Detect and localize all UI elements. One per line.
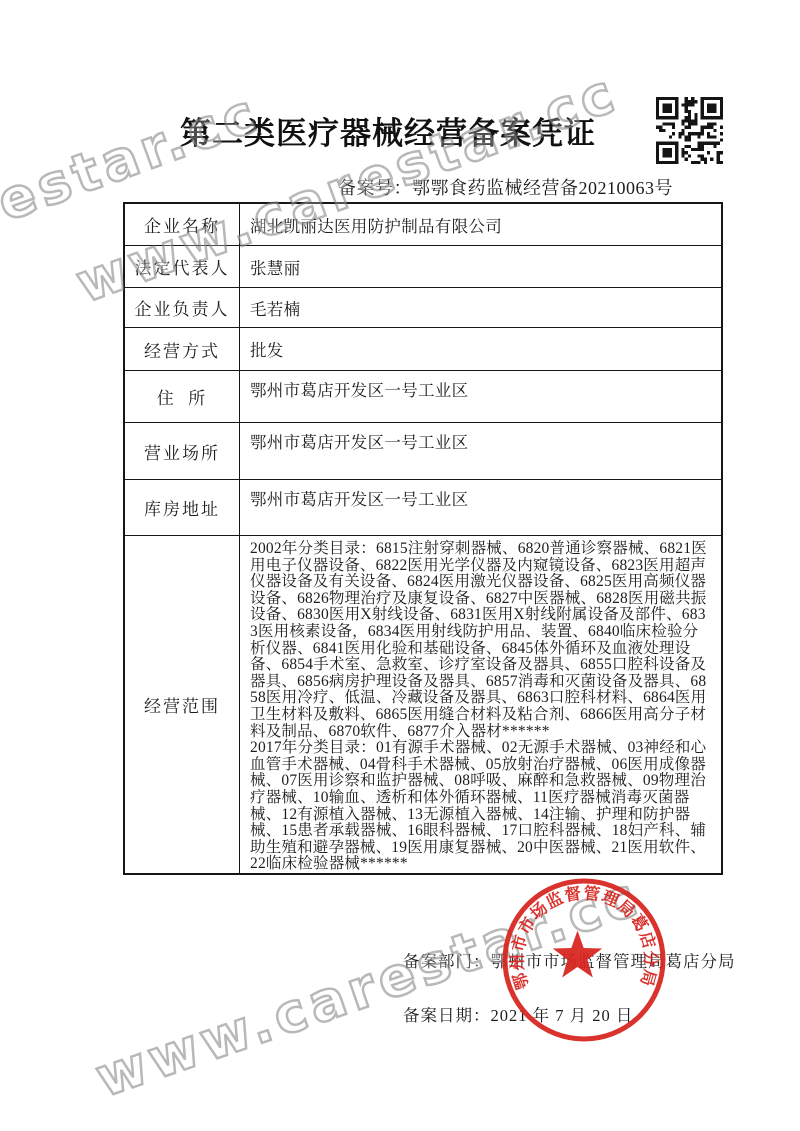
record-department-label: 备案部门： bbox=[403, 952, 491, 971]
record-number-label: 备案号： bbox=[338, 178, 412, 198]
watermark-text: www.carestar.cc bbox=[88, 864, 649, 1110]
record-number-value: 鄂鄂食药监械经营备20210063号 bbox=[412, 178, 673, 198]
certificate-table: 企业名称 湖北凯丽达医用防护制品有限公司 法定代表人 张慧丽 企业负责人 毛若楠… bbox=[123, 202, 723, 875]
row-label: 法定代表人 bbox=[125, 246, 240, 287]
table-row-legal-representative: 法定代表人 张慧丽 bbox=[125, 245, 721, 287]
row-label: 经营方式 bbox=[125, 328, 240, 370]
row-value: 湖北凯丽达医用防护制品有限公司 bbox=[240, 204, 721, 245]
table-row-residence: 住 所 鄂州市葛店开发区一号工业区 bbox=[125, 370, 721, 422]
table-row-business-mode: 经营方式 批发 bbox=[125, 327, 721, 370]
table-row-warehouse-address: 库房地址 鄂州市葛店开发区一号工业区 bbox=[125, 479, 721, 535]
record-department-line: 备案部门：鄂州市市场监督管理局葛店分局 bbox=[403, 948, 736, 972]
row-value: 张慧丽 bbox=[240, 246, 721, 287]
qr-code-icon bbox=[656, 97, 723, 164]
row-label: 住 所 bbox=[125, 371, 240, 422]
row-label: 企业名称 bbox=[125, 204, 240, 245]
row-label: 营业场所 bbox=[125, 423, 240, 479]
table-row-business-scope: 经营范围 2002年分类目录：6815注射穿刺器械、6820普通诊察器械、682… bbox=[125, 535, 721, 873]
row-label: 库房地址 bbox=[125, 480, 240, 535]
row-value: 鄂州市葛店开发区一号工业区 bbox=[240, 480, 721, 535]
record-date-value: 2021 年 7 月 20 日 bbox=[491, 1006, 634, 1025]
table-row-company-name: 企业名称 湖北凯丽达医用防护制品有限公司 bbox=[125, 204, 721, 245]
scope-catalog-2017: 2017年分类目录：01有源手术器械、02无源手术器械、03神经和心血管手术器械… bbox=[250, 740, 713, 873]
record-number-line: 备案号：鄂鄂食药监械经营备20210063号 bbox=[338, 174, 673, 200]
record-date-label: 备案日期： bbox=[403, 1006, 491, 1025]
record-date-line: 备案日期：2021 年 7 月 20 日 bbox=[403, 1002, 633, 1026]
table-row-business-premises: 营业场所 鄂州市葛店开发区一号工业区 bbox=[125, 422, 721, 479]
row-value: 批发 bbox=[240, 328, 721, 370]
row-value: 鄂州市葛店开发区一号工业区 bbox=[240, 371, 721, 422]
row-value: 鄂州市葛店开发区一号工业区 bbox=[240, 423, 721, 479]
row-label: 企业负责人 bbox=[125, 288, 240, 327]
record-department-value: 鄂州市市场监督管理局葛店分局 bbox=[491, 952, 736, 971]
row-value: 毛若楠 bbox=[240, 288, 721, 327]
row-label: 经营范围 bbox=[125, 536, 240, 873]
certificate-page: www.carestar.cc www.carestar.cc www.care… bbox=[0, 0, 800, 1131]
row-value-business-scope: 2002年分类目录：6815注射穿刺器械、6820普通诊察器械、6821医用电子… bbox=[240, 536, 721, 873]
seal-ring-text: 鄂州市市场监督管理局葛店分局 bbox=[507, 882, 661, 991]
scope-catalog-2002: 2002年分类目录：6815注射穿刺器械、6820普通诊察器械、6821医用电子… bbox=[250, 541, 713, 740]
table-row-company-manager: 企业负责人 毛若楠 bbox=[125, 287, 721, 327]
svg-text:鄂州市市场监督管理局葛店分局: 鄂州市市场监督管理局葛店分局 bbox=[507, 882, 661, 991]
